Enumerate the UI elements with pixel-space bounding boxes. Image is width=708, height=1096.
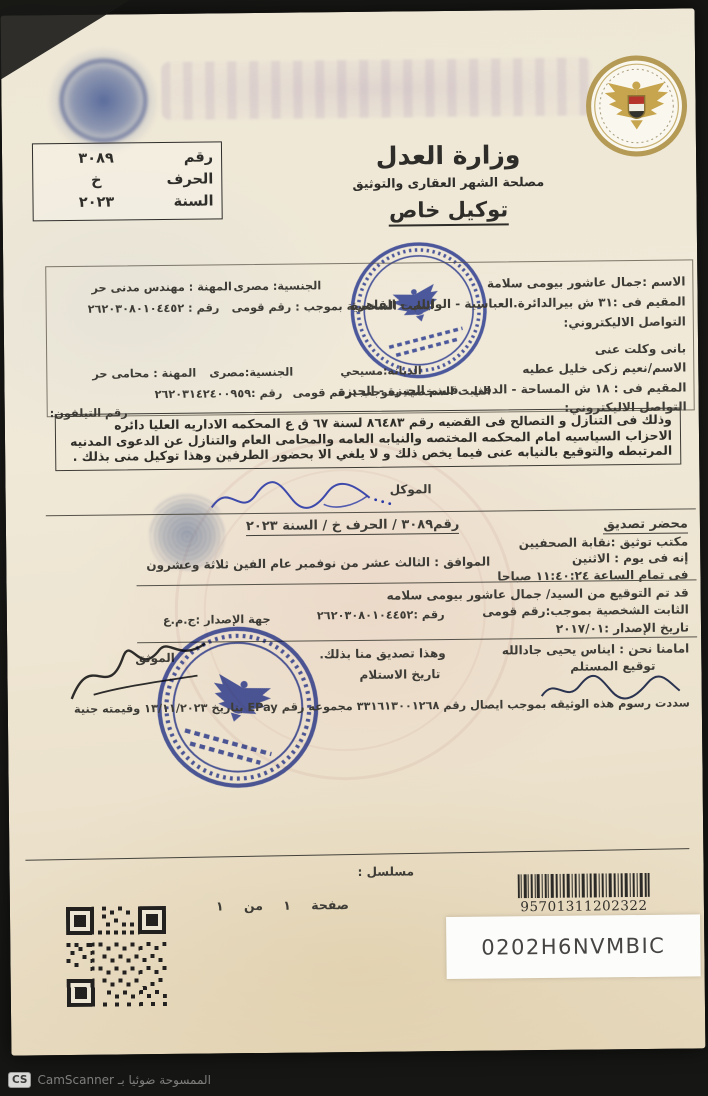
agent-profession: المهنة : محامى حر: [92, 367, 196, 381]
camscanner-caption: الممسوحة ضوئيا بـ CamScanner: [37, 1073, 210, 1087]
agent-id-number: رقم :٢٦٢٠٣١٤٢٤٠٠٩٥٩: [154, 387, 282, 401]
before-us-line: امامنا نحن : ايناس يحيى جادالله: [502, 641, 690, 657]
registry-number-box: رقم ٣٠٨٩ الحرف خ السنة ٢٠٢٣: [32, 141, 223, 221]
principal-profession: المهنة : مهندس مدنى حر: [91, 280, 232, 294]
document-header: وزارة العدل مصلحة الشهر العقارى والتوثيق…: [298, 139, 599, 227]
attestation-title: محضر تصديق: [603, 516, 688, 534]
agent-nationality: الجنسية:مصرى: [209, 366, 293, 380]
notary-office-line: مكتب توثيق :نقابة الصحفيين: [519, 534, 688, 550]
camscanner-footer: CS الممسوحة ضوئيا بـ CamScanner: [8, 1072, 211, 1088]
registry-label: السنة: [151, 193, 213, 210]
document-code-box: 0202H6NVMBIC: [446, 914, 701, 979]
signed-by-line: قد تم التوقيع من السيد/ جمال عاشور بيومى…: [387, 585, 689, 602]
egypt-eagle-gold-seal: [585, 54, 688, 157]
agent-religion: الديانة:مسيحي: [340, 364, 422, 378]
blue-ink-stamp-top-left: [47, 46, 160, 155]
delegation-intro: بانى وكلت عنى: [595, 342, 686, 357]
barcode: [518, 873, 650, 898]
power-scope-paragraph: وذلك فى التنازل و التصالح فى القضيه رقم …: [55, 408, 682, 471]
document-type-title: توكيل خاص: [389, 197, 508, 226]
serial-label: مسلسل :: [357, 864, 414, 879]
attestation-ref-line: رقم٣٠٨٩ / الحرف خ / السنة ٢٠٢٣: [246, 517, 460, 536]
principal-id-caption: الثابت الشخصية بموجب : رقم قومى: [232, 299, 434, 314]
camscanner-logo-icon: CS: [8, 1072, 31, 1088]
registry-value: ٢٠٢٣: [41, 194, 151, 211]
principal-name: الاسم :جمال عاشور بيومى سلامة: [487, 275, 686, 291]
principal-nationality: الجنسية: مصرى: [233, 279, 321, 293]
id-issue-date: تاريخ الإصدار :٢٠١٧/٠١: [556, 620, 689, 635]
principal-handwritten-signature: [203, 472, 396, 524]
attestation-id-number: رقم :٢٦٢٠٣٠٨٠١٠٤٤٥٢: [317, 608, 445, 622]
page-indicator: صفحة ١ من ١: [216, 897, 349, 913]
document-paper: رقم ٣٠٨٩ الحرف خ السنة ٢٠٢٣: [1, 8, 706, 1055]
agent-name: الاسم/نعيم زكى خليل عطيه: [522, 361, 686, 377]
agent-id-caption: الثابت الشخصية بموجب :رقم قومى: [292, 385, 491, 400]
registry-value: ٣٠٨٩: [41, 150, 151, 167]
registry-label: رقم: [151, 149, 213, 166]
registry-row: السنة ٢٠٢٣: [41, 190, 213, 214]
footer-divider: [25, 848, 689, 861]
security-watermark-band: [161, 57, 592, 119]
registry-row: رقم ٣٠٨٩: [41, 146, 213, 170]
principal-signature-label: الموكل: [390, 482, 432, 496]
registry-label: الحرف: [151, 171, 213, 188]
registry-value: خ: [41, 172, 151, 189]
principal-contact-label: التواصل الاليكتروني:: [563, 315, 685, 330]
registry-row: الحرف خ: [41, 168, 213, 192]
qr-code: [66, 906, 167, 1007]
barcode-number: 95701311202322: [508, 898, 660, 916]
eagle-emblem-icon: [585, 54, 688, 157]
principal-id-number: رقم : ٢٦٢٠٣٠٨٠١٠٤٤٥٢: [88, 301, 220, 315]
receipt-date-label: تاريخ الاستلام: [359, 667, 440, 682]
document-code: 0202H6NVMBIC: [481, 934, 665, 960]
attestation-id-caption: الثابت الشخصية بموجب:رقم قومى: [482, 602, 689, 618]
scan-viewport: رقم ٣٠٨٩ الحرف خ السنة ٢٠٢٣: [0, 0, 708, 1096]
attestation-day: إنه فى يوم : الاثنين: [572, 550, 689, 565]
ministry-title: وزارة العدل: [298, 139, 598, 171]
